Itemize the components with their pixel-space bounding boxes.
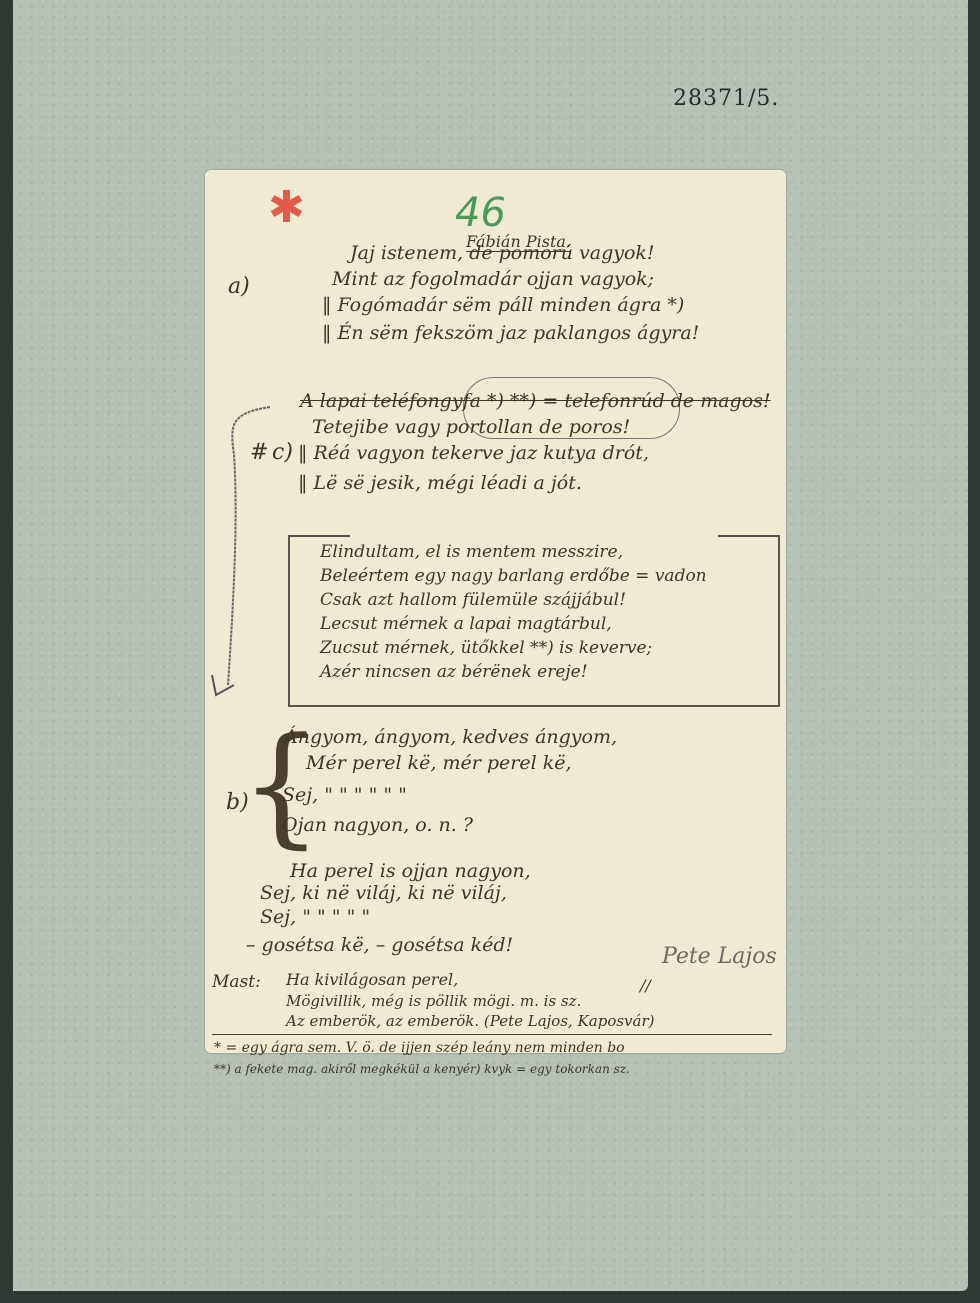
stanza-a-line: ‖ Én sëm fekszöm jaz paklangos ágyra! bbox=[322, 322, 699, 344]
stanza-b-line: Ángyom, ángyom, kedves ángyom, bbox=[284, 726, 617, 748]
inventory-number: 28371/5. bbox=[673, 86, 779, 111]
boxed-line: Zucsut mérnek, ütőkkel **) is keverve; bbox=[320, 638, 652, 658]
footnote: **) a fekete mag. akiről megkékül a keny… bbox=[214, 1062, 630, 1076]
page-number: 46 bbox=[455, 190, 506, 236]
variant-line: Ha kivilágosan perel, bbox=[286, 970, 458, 989]
stanza-b-line: Sej, " " " " " " bbox=[282, 784, 407, 806]
stanza-a-line: ‖ Fogómadár sëm páll minden ágra *) bbox=[322, 294, 684, 316]
variant-mark: // bbox=[640, 976, 651, 995]
stanza-b-line: – gosétsa kë, – gosétsa kéd! bbox=[246, 934, 513, 956]
stanza-b-line: Sej, " " " " " bbox=[260, 906, 370, 928]
stanza-b-label: b) bbox=[226, 790, 249, 815]
red-star-mark-icon: ✱ bbox=[268, 186, 305, 230]
boxed-line: Beleértem egy nagy barlang erdőbe = vado… bbox=[320, 566, 707, 586]
variant-line: Mögivillik, még is pöllik mögi. m. is sz… bbox=[286, 992, 581, 1010]
stanza-c-line: ‖ Réá vagyon tekerve jaz kutya drót, bbox=[298, 442, 649, 464]
boxed-line: Csak azt hallom fülemüle szájjábul! bbox=[320, 590, 626, 610]
variant-label: Mast: bbox=[212, 972, 261, 992]
stanza-c-line: Tetejibe vagy portollan de poros! bbox=[312, 416, 630, 438]
boxed-line: Lecsut mérnek a lapai magtárbul, bbox=[320, 614, 612, 634]
stanza-b-line: Ojan nagyon, o. n. ? bbox=[282, 814, 473, 836]
boxed-line: Elindultam, el is mentem messzire, bbox=[320, 542, 623, 562]
stanza-a-line: Jaj istenem, de pomorú vagyok! bbox=[350, 242, 655, 264]
stanza-b-line: Mér perel kë, mér perel kë, bbox=[306, 752, 572, 774]
stanza-a-label: a) bbox=[228, 274, 250, 299]
footnote: * = egy ágra sem. V. ö. de ijjen szép le… bbox=[214, 1040, 625, 1056]
stanza-c-line: ‖ Lë së jesik, mégi léadi a jót. bbox=[298, 472, 582, 494]
stanza-c-label: c) bbox=[272, 440, 293, 465]
variant-line: Az emberök, az emberök. (Pete Lajos, Kap… bbox=[286, 1012, 655, 1030]
stanza-c-margin-mark: # bbox=[250, 440, 268, 465]
footnote-divider bbox=[212, 1034, 772, 1035]
stanza-a-line: Mint az fogolmadár ojjan vagyok; bbox=[332, 268, 654, 290]
stanza-b-line: Ha perel is ojjan nagyon, bbox=[290, 860, 531, 882]
stanza-c-line: A lapai teléfongyfa *) **) = telefonrúd … bbox=[300, 390, 771, 412]
boxed-line: Azér nincsen az bérënek ereje! bbox=[320, 662, 588, 682]
stanza-b-line: Sej, ki në viláj, ki në viláj, bbox=[260, 882, 507, 904]
informant-name: Pete Lajos bbox=[662, 944, 777, 969]
